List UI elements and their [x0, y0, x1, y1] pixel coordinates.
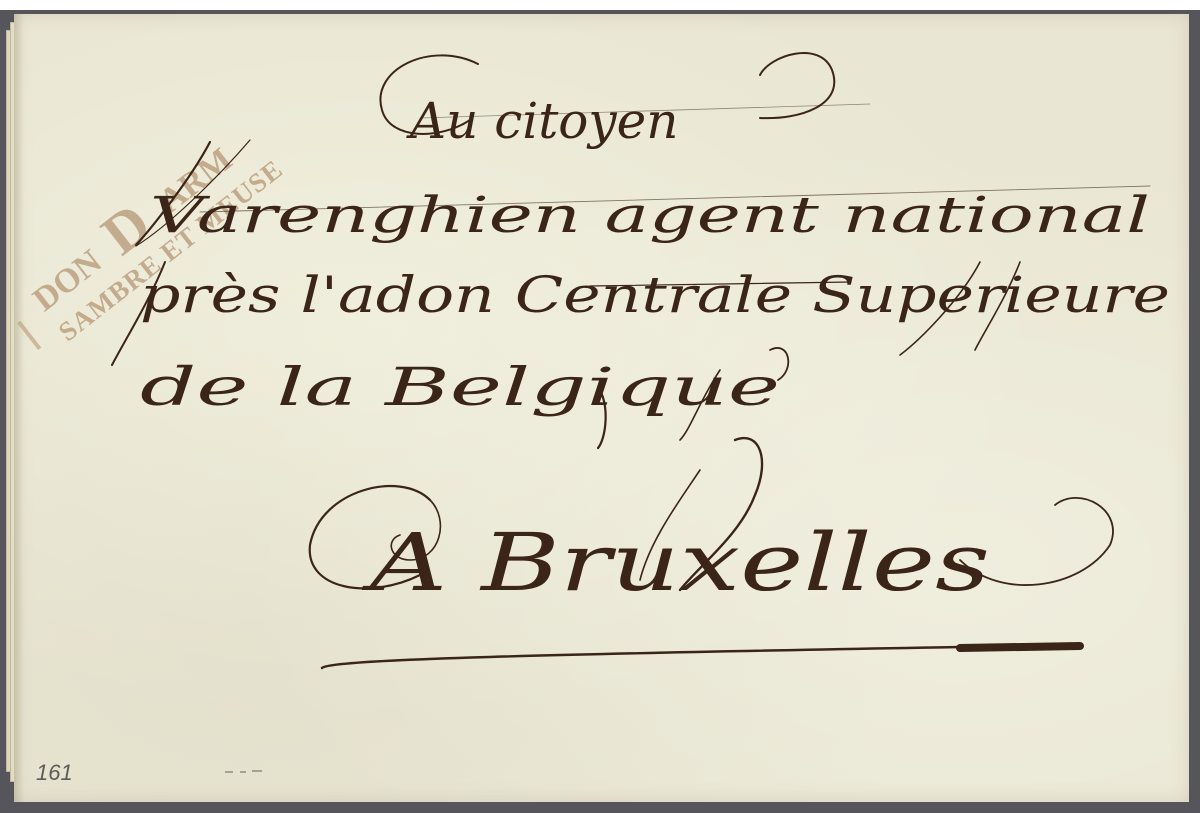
letter-ink-layer: DON D ARM SAMBRE ET MEUSE	[0, 0, 1200, 813]
pencil-annotation: 161	[36, 760, 73, 785]
address-line-city: A Bruxelles	[361, 516, 990, 609]
address-line-recipient: Varenghien agent national	[150, 186, 1150, 244]
address-line-office: près l'adon Centrale Superieure	[140, 266, 1170, 324]
address-line-salutation: Au citoyen	[406, 92, 678, 150]
address-line-country: de la Belgique	[140, 358, 780, 418]
